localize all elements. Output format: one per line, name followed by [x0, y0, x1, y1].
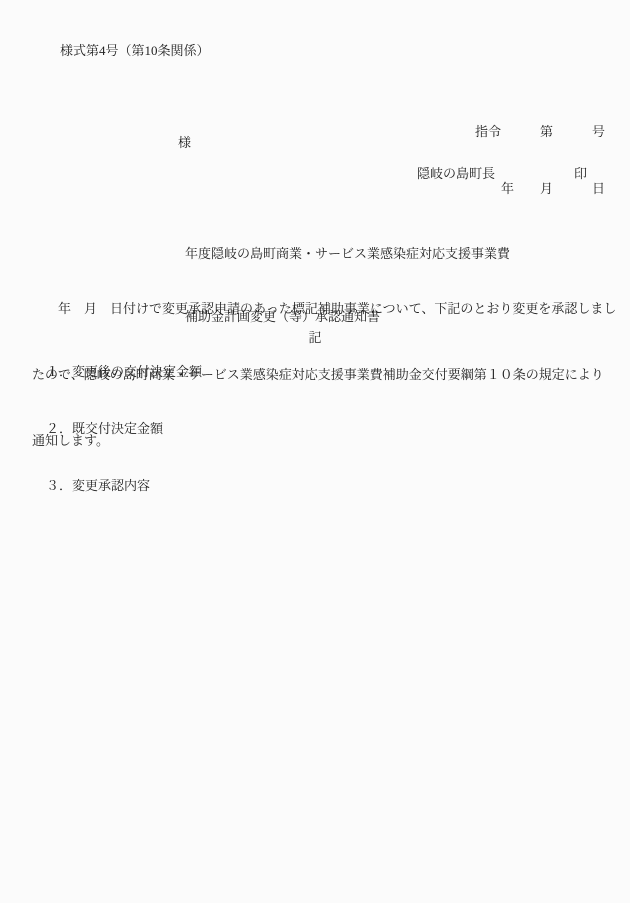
directive-number-line: 指令 第 号: [475, 122, 605, 141]
issuer-seal-mark: 印: [574, 163, 587, 182]
list-item-amount-after-change: １．変更後の交付決定金額: [46, 361, 202, 380]
list-item-approved-change-details: ３．変更承認内容: [46, 475, 150, 494]
form-number-label: 様式第4号（第10条関係）: [60, 40, 210, 59]
issuer-name: 隠岐の島町長: [417, 163, 495, 182]
list-item-amount-already-granted: ２．既交付決定金額: [46, 418, 163, 437]
addressee-honorific: 様: [178, 132, 191, 151]
body-line: 年 月 日付けで変更承認申請のあった標記補助事業について、下記のとおり変更を承認…: [32, 298, 607, 320]
document-page: 様式第4号（第10条関係） 指令 第 号 年 月 日 様 隠岐の島町長 印 年度…: [0, 0, 630, 903]
ki-marker: 記: [0, 327, 630, 346]
